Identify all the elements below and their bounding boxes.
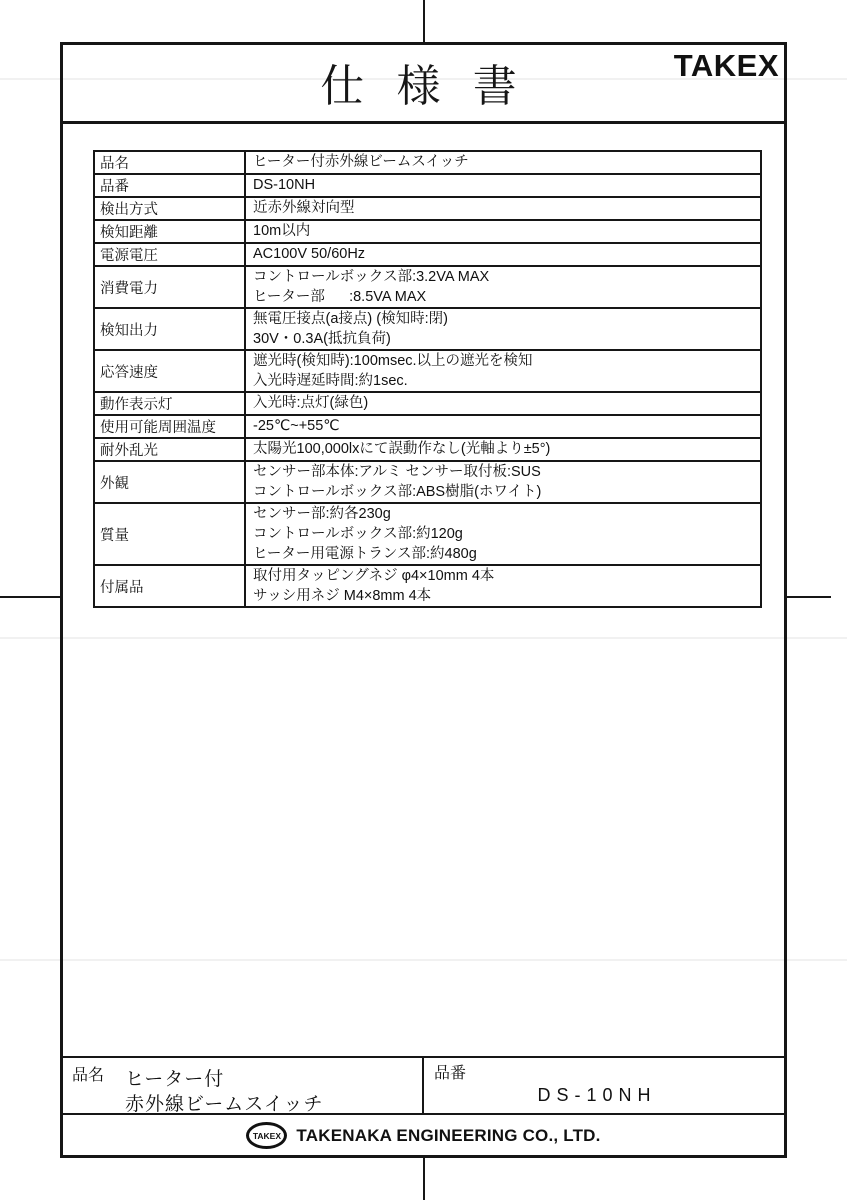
spec-table: 品名ヒーター付赤外線ビームスイッチ品番DS-10NH検出方式近赤外線対向型検知距… [93, 150, 762, 608]
spec-value-line: 無電圧接点(a接点) (検知時:閉) [253, 309, 760, 329]
spec-row: 品番DS-10NH [95, 175, 760, 198]
spec-row-label: 付属品 [95, 566, 246, 606]
spec-row-value: センサー部:約各230gコントロールボックス部:約120gヒーター用電源トランス… [246, 504, 760, 564]
spec-row-label: 品名 [95, 152, 246, 173]
spec-row-value: センサー部本体:アルミ センサー取付板:SUSコントロールボックス部:ABS樹脂… [246, 462, 760, 502]
spec-value-line: 取付用タッピングネジ φ4×10mm 4本 [253, 566, 760, 586]
fold-mark-left [0, 596, 61, 598]
spec-row-label: 外観 [95, 462, 246, 502]
spec-value-line: コントロールボックス部:ABS樹脂(ホワイト) [253, 482, 760, 502]
bottom-part-number: DS-10NH [432, 1085, 762, 1106]
spec-row-value: 無電圧接点(a接点) (検知時:閉)30V・0.3A(抵抗負荷) [246, 309, 760, 349]
bottom-name-label: 品名 [72, 1062, 104, 1085]
spec-row: 耐外乱光太陽光100,000lxにて誤動作なし(光軸より±5°) [95, 439, 760, 462]
spec-row-label: 応答速度 [95, 351, 246, 391]
spec-row-label: 品番 [95, 175, 246, 196]
fold-mark-right [785, 596, 831, 598]
spec-row: 付属品取付用タッピングネジ φ4×10mm 4本サッシ用ネジ M4×8mm 4本 [95, 566, 760, 606]
spec-row: 品名ヒーター付赤外線ビームスイッチ [95, 152, 760, 175]
spec-row-value: 遮光時(検知時):100msec.以上の遮光を検知入光時遅延時間:約1sec. [246, 351, 760, 391]
spec-row-value: 太陽光100,000lxにて誤動作なし(光軸より±5°) [246, 439, 760, 460]
spec-row-label: 消費電力 [95, 267, 246, 307]
footer-company-name: TAKENAKA ENGINEERING CO., LTD. [296, 1126, 600, 1146]
spec-row: 応答速度遮光時(検知時):100msec.以上の遮光を検知入光時遅延時間:約1s… [95, 351, 760, 393]
spec-value-line: 近赤外線対向型 [253, 198, 760, 218]
spec-value-line: センサー部:約各230g [253, 504, 760, 524]
spec-row-value: 10m以内 [246, 221, 760, 242]
spec-row: 検出方式近赤外線対向型 [95, 198, 760, 221]
spec-row-value: AC100V 50/60Hz [246, 244, 760, 265]
spec-row: 使用可能周囲温度-25℃~+55℃ [95, 416, 760, 439]
takex-logo-wordmark: TAKEX [674, 48, 779, 84]
spec-row-value: DS-10NH [246, 175, 760, 196]
spec-row-label: 電源電圧 [95, 244, 246, 265]
spec-row: 消費電力コントロールボックス部:3.2VA MAXヒーター部 :8.5VA MA… [95, 267, 760, 309]
spec-row-label: 検知出力 [95, 309, 246, 349]
spec-row-label: 検出方式 [95, 198, 246, 219]
spec-value-line: 遮光時(検知時):100msec.以上の遮光を検知 [253, 351, 760, 371]
title-block-divider [422, 1056, 424, 1115]
spec-value-line: 入光時遅延時間:約1sec. [253, 371, 760, 391]
spec-row-label: 使用可能周囲温度 [95, 416, 246, 437]
spec-row-label: 検知距離 [95, 221, 246, 242]
spec-value-line: -25℃~+55℃ [253, 416, 760, 436]
spec-value-line: 10m以内 [253, 221, 760, 241]
takex-ellipse-logo-icon: TAKEX [246, 1122, 287, 1149]
bottom-product-name-line2: 赤外線ビームスイッチ [125, 1089, 323, 1116]
spec-row: 検知距離10m以内 [95, 221, 760, 244]
spec-value-line: ヒーター付赤外線ビームスイッチ [253, 152, 760, 172]
spec-value-line: サッシ用ネジ M4×8mm 4本 [253, 586, 760, 606]
fold-mark-bottom-center [423, 1156, 425, 1200]
spec-row-value: ヒーター付赤外線ビームスイッチ [246, 152, 760, 173]
bottom-product-name-line1: ヒーター付 [125, 1064, 224, 1091]
spec-value-line: ヒーター部 :8.5VA MAX [253, 287, 760, 307]
spec-value-line: 入光時:点灯(緑色) [253, 393, 760, 413]
spec-row-label: 耐外乱光 [95, 439, 246, 460]
takex-ellipse-logo-text: TAKEX [253, 1131, 281, 1141]
footer-company-band: TAKEX TAKENAKA ENGINEERING CO., LTD. [60, 1115, 787, 1156]
spec-value-line: AC100V 50/60Hz [253, 244, 760, 264]
spec-row-value: 取付用タッピングネジ φ4×10mm 4本サッシ用ネジ M4×8mm 4本 [246, 566, 760, 606]
spec-value-line: 太陽光100,000lxにて誤動作なし(光軸より±5°) [253, 439, 760, 459]
spec-row: 電源電圧AC100V 50/60Hz [95, 244, 760, 267]
spec-value-line: センサー部本体:アルミ センサー取付板:SUS [253, 462, 760, 482]
spec-value-line: ヒーター用電源トランス部:約480g [253, 544, 760, 564]
spec-row: 質量センサー部:約各230gコントロールボックス部:約120gヒーター用電源トラ… [95, 504, 760, 566]
bottom-number-label: 品番 [434, 1060, 466, 1083]
spec-row: 検知出力無電圧接点(a接点) (検知時:閉)30V・0.3A(抵抗負荷) [95, 309, 760, 351]
fold-mark-top-center [423, 0, 425, 44]
spec-row: 動作表示灯入光時:点灯(緑色) [95, 393, 760, 416]
spec-row-label: 動作表示灯 [95, 393, 246, 414]
spec-row: 外観センサー部本体:アルミ センサー取付板:SUSコントロールボックス部:ABS… [95, 462, 760, 504]
spec-value-line: コントロールボックス部:3.2VA MAX [253, 267, 760, 287]
spec-row-value: 近赤外線対向型 [246, 198, 760, 219]
spec-sheet-page: 仕 様 書 TAKEX 品名ヒーター付赤外線ビームスイッチ品番DS-10NH検出… [0, 0, 847, 1200]
spec-row-value: -25℃~+55℃ [246, 416, 760, 437]
spec-row-label: 質量 [95, 504, 246, 564]
title-separator-line [60, 121, 787, 124]
spec-value-line: コントロールボックス部:約120g [253, 524, 760, 544]
spec-value-line: DS-10NH [253, 175, 760, 195]
spec-value-line: 30V・0.3A(抵抗負荷) [253, 329, 760, 349]
spec-row-value: 入光時:点灯(緑色) [246, 393, 760, 414]
spec-row-value: コントロールボックス部:3.2VA MAXヒーター部 :8.5VA MAX [246, 267, 760, 307]
